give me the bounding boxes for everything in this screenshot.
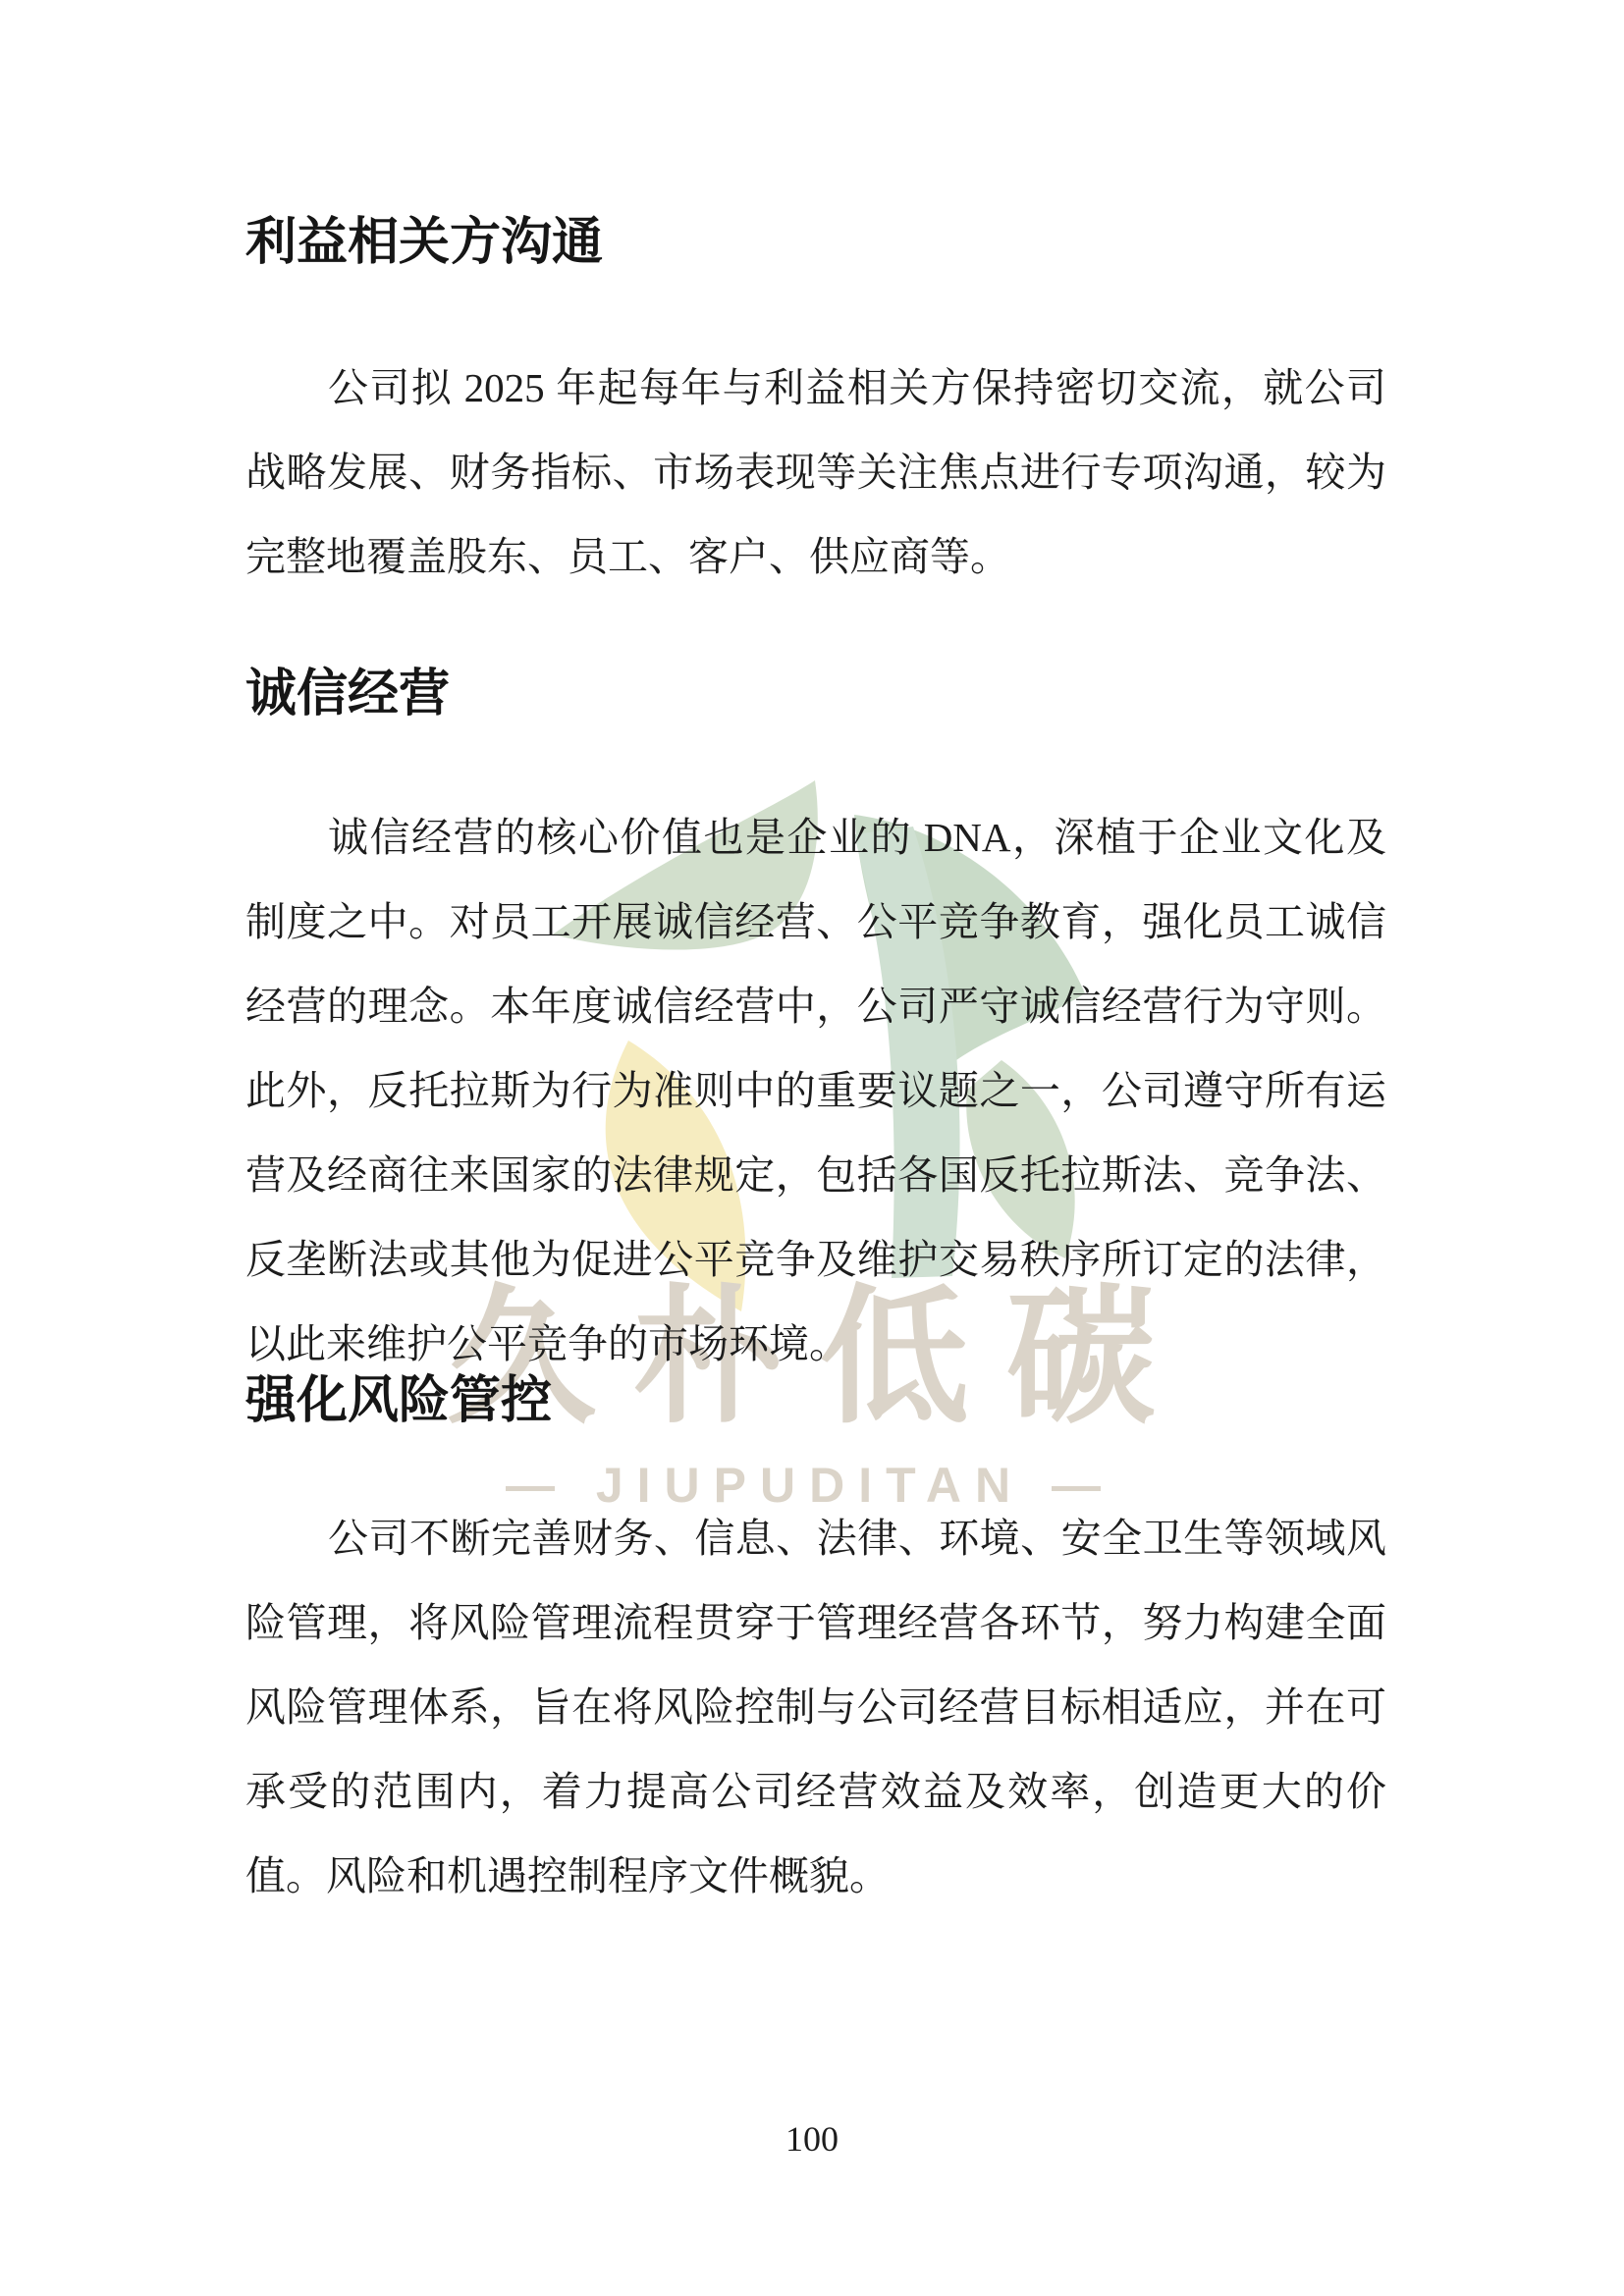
document-page: 久朴低碳 — JIUPUDITAN — 利益相关方沟通 公司拟 2025 年起每… (0, 0, 1624, 2296)
section-heading-integrity-operation: 诚信经营 (245, 666, 1384, 724)
section-heading-risk-control: 强化风险管控 (245, 1372, 1384, 1431)
section-paragraph: 诚信经营的核心价值也是企业的 DNA，深植于企业文化及制度之中。对员工开展诚信经… (245, 795, 1386, 1386)
section-heading-stakeholder-communication: 利益相关方沟通 (245, 214, 1384, 273)
page-number: 100 (0, 2118, 1624, 2160)
section-paragraph: 公司不断完善财务、信息、法律、环境、安全卫生等领域风险管理，将风险管理流程贯穿于… (245, 1496, 1386, 1918)
document-content: 利益相关方沟通 公司拟 2025 年起每年与利益相关方保持密切交流，就公司战略发… (0, 0, 1624, 2296)
section-paragraph: 公司拟 2025 年起每年与利益相关方保持密切交流，就公司战略发展、财务指标、市… (245, 346, 1386, 599)
